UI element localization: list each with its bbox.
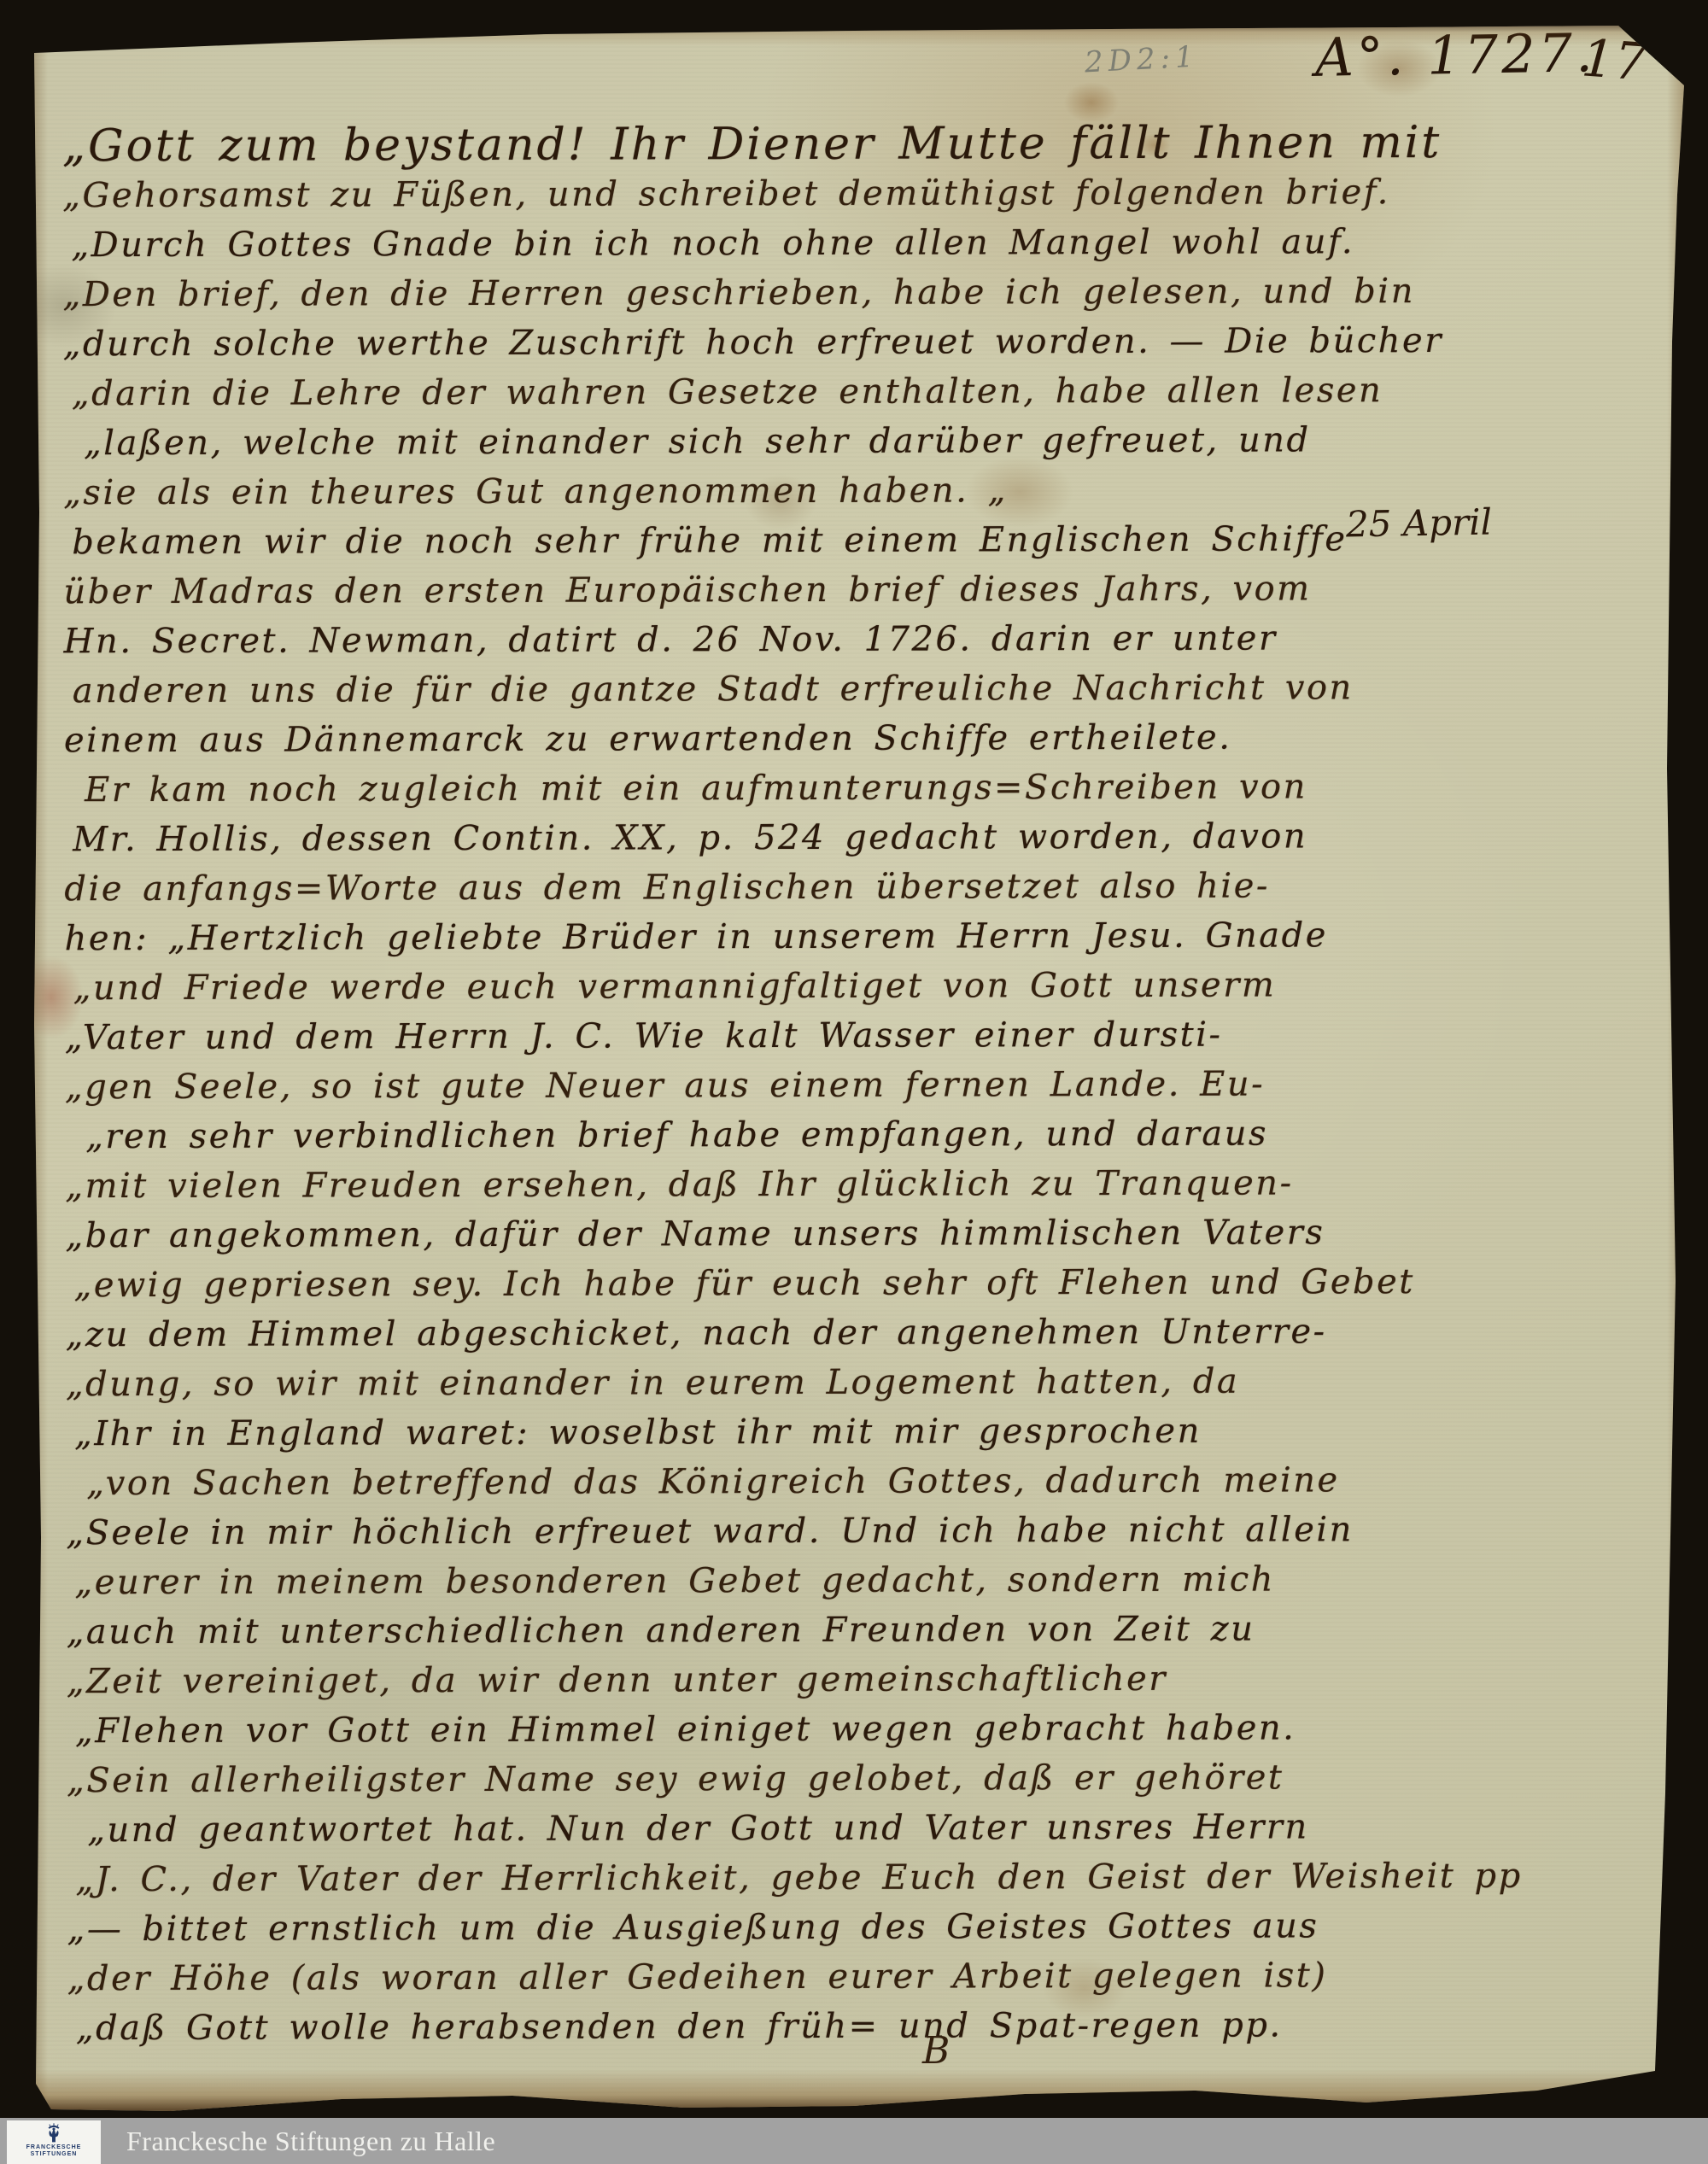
manuscript-page-scan: 2D2:1 A°. 1727. 17 25 April „Gott zum be…	[29, 24, 1689, 2114]
institution-title: Franckesche Stiftungen zu Halle	[126, 2118, 495, 2164]
manuscript-line: hen: „Hertzlich geliebte Brüder in unser…	[64, 910, 1516, 963]
manuscript-line: „— bittet ernstlich um die Ausgießung de…	[67, 1901, 1519, 1954]
manuscript-line: „J. C., der Vater der Herrlichkeit, gebe…	[75, 1851, 1518, 1904]
manuscript-line: „und Friede werde euch vermannigfaltiget…	[73, 960, 1517, 1013]
manuscript-line: „eurer in meinem besonderen Gebet gedach…	[74, 1554, 1518, 1607]
manuscript-line: „daß Gott wolle herabsenden den früh= un…	[76, 2000, 1519, 2053]
manuscript-line: „Zeit vereiniget, da wir denn unter geme…	[67, 1653, 1518, 1706]
manuscript-line: „auch mit unterschiedlichen anderen Freu…	[67, 1604, 1518, 1657]
manuscript-line: „ren sehr verbindlichen brief habe empfa…	[85, 1108, 1517, 1161]
manuscript-line: „durch solche werthe Zuschrift hoch erfr…	[63, 316, 1515, 369]
manuscript-line: „Gott zum beystand! Ihr Diener Mutte fäl…	[62, 118, 1514, 171]
manuscript-line: Er kam noch zugleich mit ein aufmunterun…	[85, 762, 1516, 815]
manuscript-line: „ewig gepriesen sey. Ich habe für euch s…	[74, 1257, 1518, 1310]
manuscript-line: „sie als ein theures Gut angenommen habe…	[63, 465, 1515, 518]
logo-caption-line2: STIFTUNGEN	[26, 2151, 82, 2158]
manuscript-line: „mit vielen Freuden ersehen, daß Ihr glü…	[65, 1158, 1517, 1211]
institution-footer-bar: FRANCKESCHE STIFTUNGEN Franckesche Stift…	[0, 2118, 1708, 2164]
year-heading: A°. 1727.	[1314, 21, 1596, 89]
manuscript-line: einem aus Dännemarck zu erwartenden Schi…	[64, 712, 1516, 765]
eagle-under-sun-icon	[43, 2122, 65, 2144]
franckesche-stiftungen-logo: FRANCKESCHE STIFTUNGEN	[7, 2120, 101, 2164]
manuscript-line: „dung, so wir mit einander in eurem Loge…	[66, 1356, 1518, 1409]
manuscript-line: „Seele in mir höchlich erfreuet ward. Un…	[66, 1505, 1518, 1558]
manuscript-text-block: „Gott zum beystand! Ihr Diener Mutte fäl…	[62, 118, 1519, 2053]
manuscript-line: „von Sachen betreffend das Königreich Go…	[86, 1455, 1518, 1508]
manuscript-line: bekamen wir die noch sehr frühe mit eine…	[72, 514, 1515, 567]
manuscript-line: „darin die Lehre der wahren Gesetze enth…	[72, 366, 1515, 418]
catchword-mark: B	[922, 2029, 950, 2073]
manuscript-line: „und geantwortet hat. Nun der Gott und V…	[87, 1802, 1518, 1855]
page-number: 17	[1580, 28, 1649, 92]
logo-caption: FRANCKESCHE STIFTUNGEN	[26, 2144, 82, 2158]
manuscript-line: „Vater und dem Herrn J. C. Wie kalt Wass…	[65, 1009, 1517, 1062]
manuscript-line: anderen uns die für die gantze Stadt erf…	[73, 663, 1516, 716]
manuscript-line: Hn. Secret. Newman, datirt d. 26 Nov. 17…	[64, 613, 1516, 666]
manuscript-line: „laßen, welche mit einander sich sehr da…	[84, 415, 1515, 468]
manuscript-line: „Flehen vor Gott ein Himmel einiget wege…	[75, 1703, 1518, 1756]
manuscript-line: „Ihr in England waret: woselbst ihr mit …	[74, 1406, 1518, 1459]
manuscript-line: über Madras den ersten Europäischen brie…	[63, 564, 1515, 617]
manuscript-line: die anfangs=Worte aus dem Englischen übe…	[64, 861, 1516, 914]
manuscript-line: „Sein allerheiligster Name sey ewig gelo…	[67, 1752, 1518, 1805]
manuscript-line: „bar angekommen, dafür der Name unsers h…	[65, 1208, 1517, 1260]
manuscript-line: „gen Seele, so ist gute Neuer aus einem …	[65, 1059, 1517, 1112]
manuscript-line: „Gehorsamst zu Füßen, und schreibet demü…	[62, 167, 1514, 220]
manuscript-line: „Durch Gottes Gnade bin ich noch ohne al…	[71, 217, 1514, 270]
archival-pencil-mark: 2D2:1	[1084, 40, 1200, 80]
manuscript-line: „Den brief, den die Herren geschrieben, …	[62, 266, 1514, 319]
manuscript-line: Mr. Hollis, dessen Contin. XX, p. 524 ge…	[73, 811, 1516, 864]
manuscript-line: „zu dem Himmel abgeschicket, nach der an…	[66, 1307, 1518, 1360]
manuscript-line: „der Höhe (als woran aller Gedeihen eure…	[67, 1951, 1519, 2003]
logo-caption-line1: FRANCKESCHE	[26, 2144, 82, 2151]
